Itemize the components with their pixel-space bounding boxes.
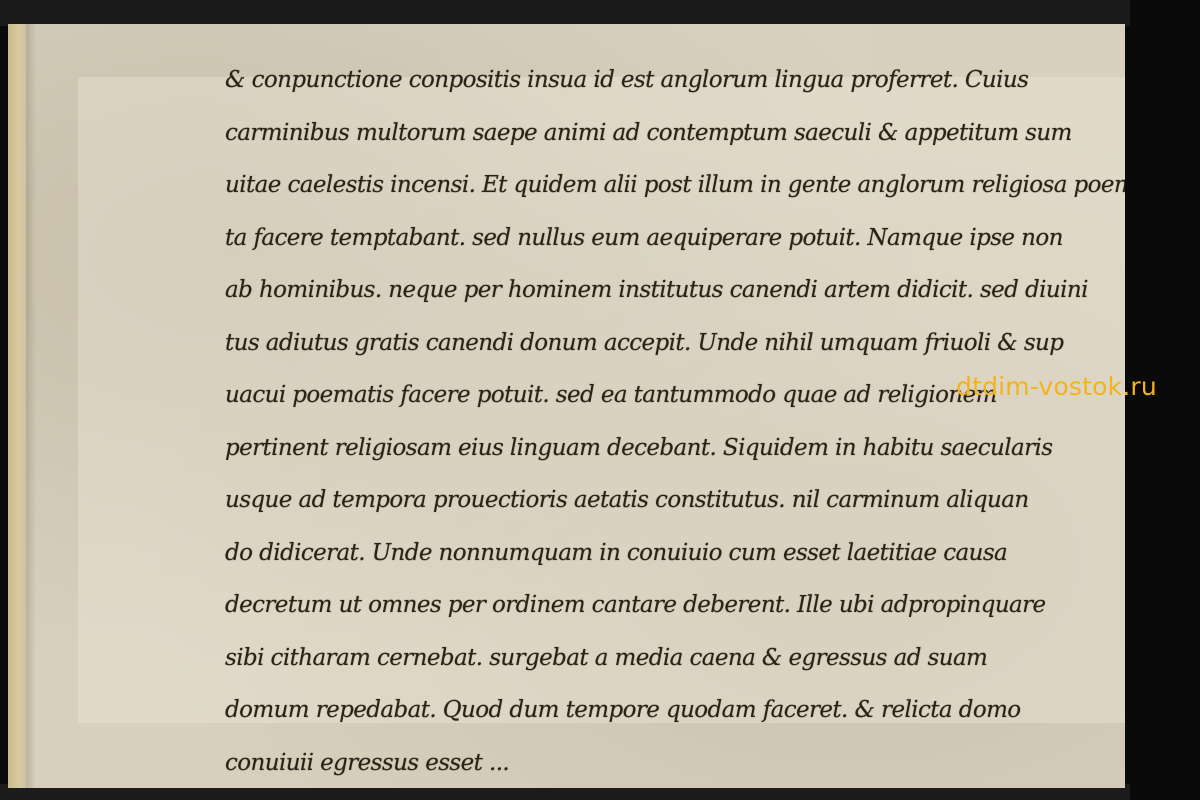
manuscript-line: ab hominibus. neque per hominem institut… <box>225 264 1125 317</box>
manuscript-line: & conpunctione conpositis insua id est a… <box>225 54 1125 107</box>
scan-background-top <box>0 0 1130 26</box>
manuscript-page: & conpunctione conpositis insua id est a… <box>8 24 1125 788</box>
manuscript-line: uitae caelestis incensi. Et quidem alii … <box>225 159 1125 212</box>
manuscript-line: usque ad tempora prouectioris aetatis co… <box>225 474 1125 527</box>
manuscript-line: carminibus multorum saepe animi ad conte… <box>225 107 1125 160</box>
manuscript-line: ta facere temptabant. sed nullus eum aeq… <box>225 212 1125 265</box>
manuscript-line: decretum ut omnes per ordinem cantare de… <box>225 579 1125 632</box>
manuscript-line: conuiuii egressus esset ... <box>225 737 1125 789</box>
fold-shadow <box>26 24 36 788</box>
binding-edge <box>8 24 26 788</box>
manuscript-line: tus adiutus gratis canendi donum accepit… <box>225 317 1125 370</box>
manuscript-line: domum repedabat. Quod dum tempore quodam… <box>225 684 1125 737</box>
watermark-text: dtdim-vostok.ru <box>956 372 1157 401</box>
manuscript-line: sibi citharam cernebat. surgebat a media… <box>225 632 1125 685</box>
manuscript-line: do didicerat. Unde nonnumquam in conuiui… <box>225 527 1125 580</box>
manuscript-text-block: & conpunctione conpositis insua id est a… <box>225 54 1125 788</box>
manuscript-line: pertinent religiosam eius linguam deceba… <box>225 422 1125 475</box>
